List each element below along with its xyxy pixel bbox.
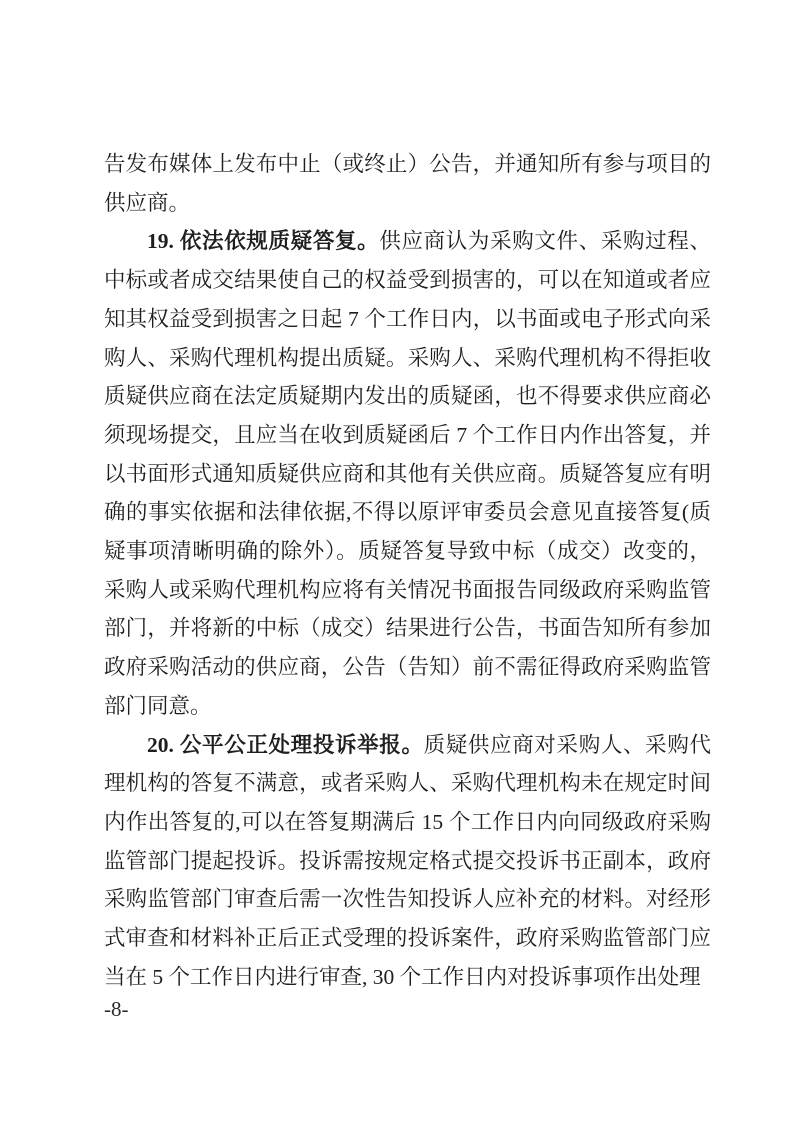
paragraph-item-20: 20. 公平公正处理投诉举报。质疑供应商对采购人、采购代理机构的答复不满意，或者…	[104, 726, 711, 997]
paragraph-continuation: 告发布媒体上发布中止（或终止）公告，并通知所有参与项目的供应商。	[104, 145, 711, 222]
document-page: 告发布媒体上发布中止（或终止）公告，并通知所有参与项目的供应商。 19. 依法依…	[0, 0, 793, 1122]
item-19-heading: 19. 依法依规质疑答复。	[147, 229, 379, 253]
item-19-body: 供应商认为采购文件、采购过程、中标或者成交结果使自己的权益受到损害的，可以在知道…	[104, 229, 711, 717]
item-20-heading: 20. 公平公正处理投诉举报。	[147, 733, 424, 757]
paragraph-item-19: 19. 依法依规质疑答复。供应商认为采购文件、采购过程、中标或者成交结果使自己的…	[104, 222, 711, 725]
document-body: 告发布媒体上发布中止（或终止）公告，并通知所有参与项目的供应商。 19. 依法依…	[104, 145, 711, 996]
item-20-body: 质疑供应商对采购人、采购代理机构的答复不满意，或者采购人、采购代理机构未在规定时…	[104, 733, 711, 989]
page-number: -8-	[104, 997, 129, 1021]
